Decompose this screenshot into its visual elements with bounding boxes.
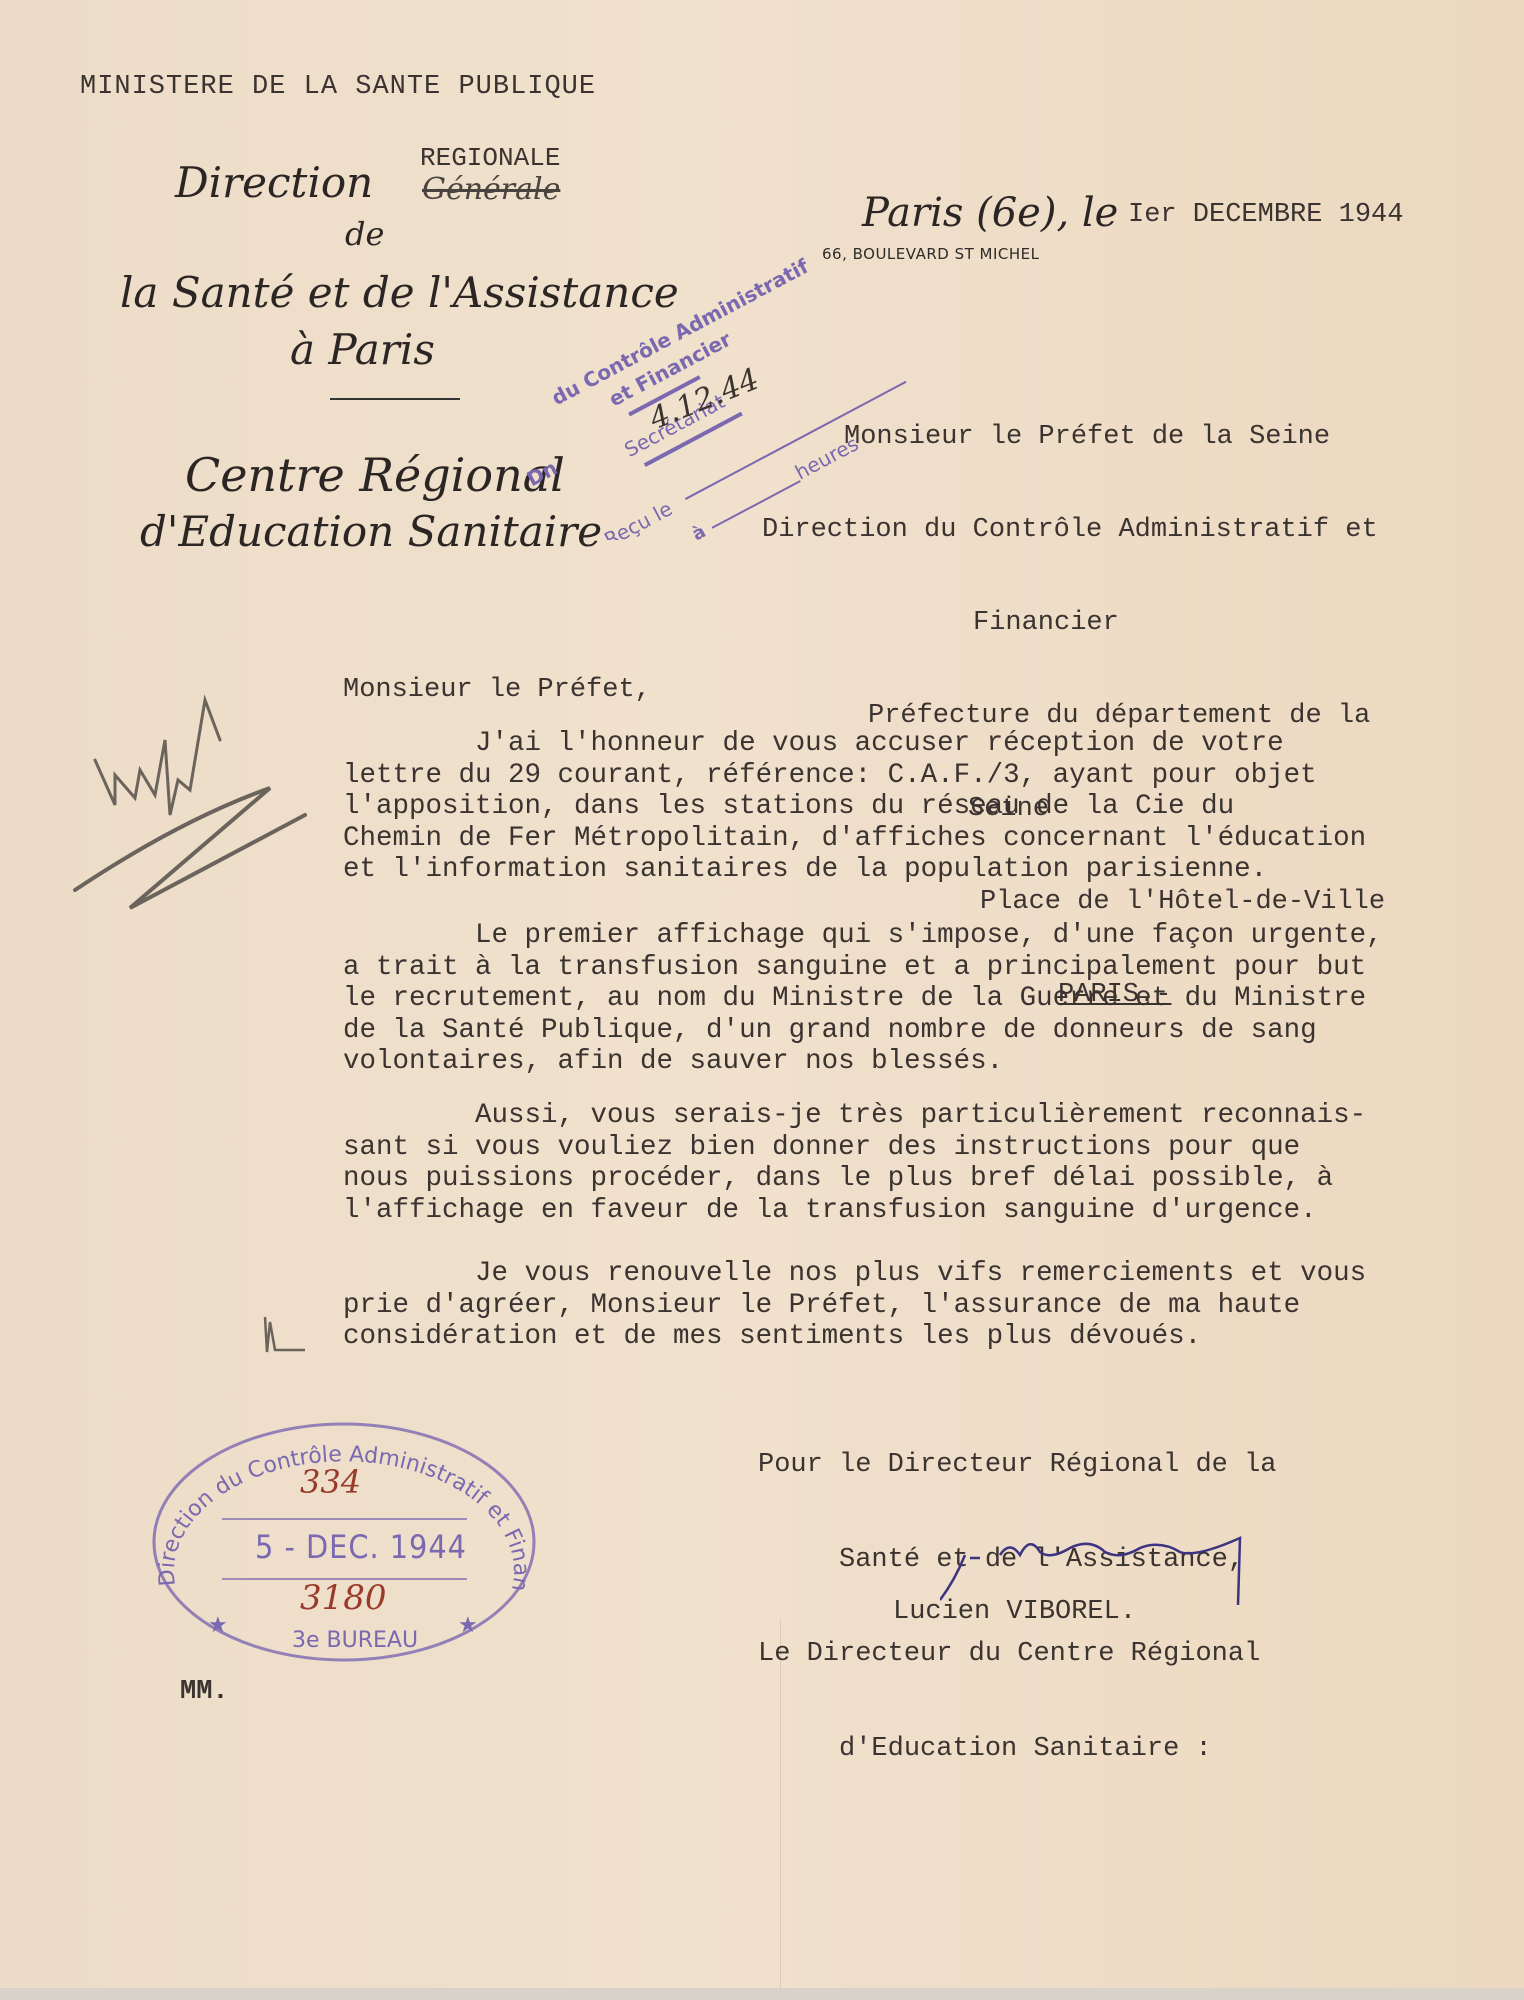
body-paragraph: Je vous renouvelle nos plus vifs remerci… <box>343 1258 1366 1353</box>
svg-text:à: à <box>689 521 710 540</box>
body-paragraph: Aussi, vous serais-je très particulièrem… <box>343 1100 1366 1226</box>
closing-line: d'Education Sanitaire : <box>758 1734 1276 1766</box>
letterhead-divider <box>330 398 460 400</box>
closing-line: Pour le Directeur Régional de la <box>758 1450 1276 1482</box>
letterhead-centre-regional: Centre Régional <box>185 448 565 502</box>
letter-date: Ier DECEMBRE 1944 <box>1128 200 1403 230</box>
typist-initials: MM. <box>180 1677 229 1707</box>
pencil-initials-annotation <box>60 680 320 910</box>
scan-edge <box>0 1988 1524 2000</box>
pencil-check-mark <box>255 1312 315 1362</box>
salutation: Monsieur le Préfet, <box>343 675 651 705</box>
recipient-line: Financier <box>762 608 1385 639</box>
registry-stamp-date: 5 - DEC. 1944 <box>255 1528 467 1566</box>
svg-text:Reçu le: Reçu le <box>600 496 676 540</box>
direction-correction: REGIONALE <box>420 143 560 173</box>
letterhead-de: de <box>345 215 384 253</box>
closing-line: Le Directeur du Centre Régional <box>758 1639 1276 1671</box>
ministry-heading: MINISTERE DE LA SANTE PUBLIQUE <box>80 72 596 102</box>
body-paragraph: Le premier affichage qui s'impose, d'une… <box>343 920 1383 1078</box>
registry-number-bottom: 3180 <box>300 1578 387 1618</box>
direction-label: Direction <box>175 158 373 207</box>
svg-text:★: ★ <box>208 1612 228 1637</box>
recipient-line: Direction du Contrôle Administratif et <box>762 515 1385 546</box>
recipient-line: Monsieur le Préfet de la Seine <box>762 422 1385 453</box>
registry-stamp-bureau: 3e BUREAU <box>292 1628 418 1653</box>
signatory-name: Lucien VIBOREL. <box>893 1597 1136 1627</box>
svg-text:★: ★ <box>458 1612 478 1637</box>
stamp-prefix: Dn <box>523 456 562 492</box>
registry-number-top: 334 <box>300 1463 361 1501</box>
recipient-line: Place de l'Hôtel-de-Ville <box>762 887 1385 918</box>
letterhead-a-paris: à Paris <box>290 325 435 374</box>
body-paragraph: J'ai l'honneur de vous accuser réception… <box>343 728 1366 886</box>
